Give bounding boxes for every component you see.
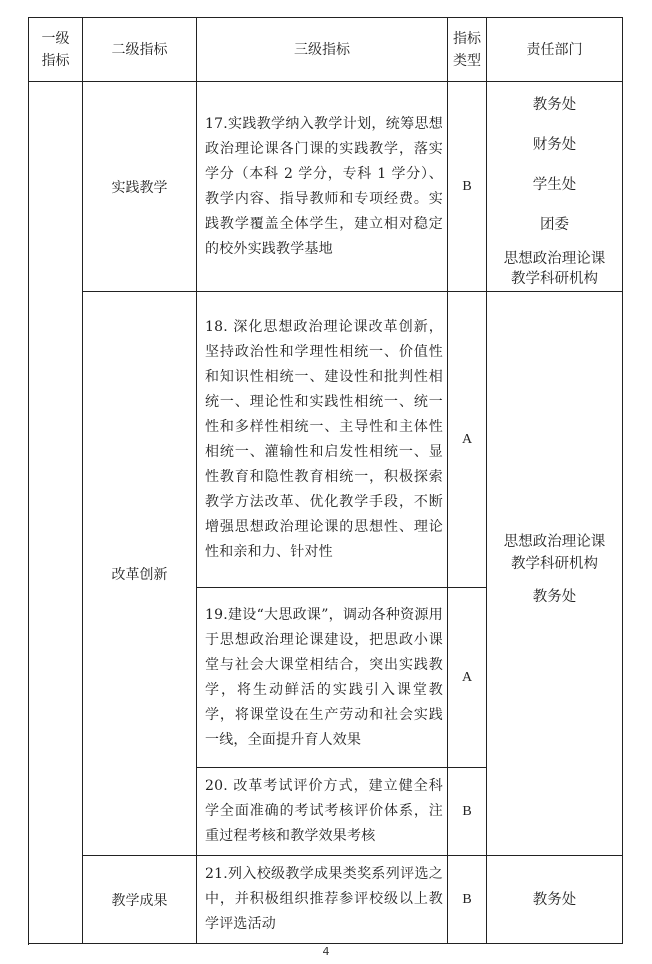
header-type: 指标 类型 (448, 18, 487, 82)
table-row: 改革创新 18. 深化思想政治理论课改革创新，坚持政治性和学理性相统一、价值性和… (29, 292, 623, 588)
level3-cell-21: 21.列入校级教学成果类奖系列评选之中，并积极组织推荐参评校级以上教学评选活动 (197, 856, 448, 944)
header-type-line2: 类型 (448, 50, 486, 72)
type-cell-18: A (448, 292, 487, 588)
dept-item: 团委 (540, 205, 569, 245)
header-level1-line2: 指标 (29, 50, 82, 72)
header-level3: 三级指标 (197, 18, 448, 82)
level3-cell-18: 18. 深化思想政治理论课改革创新，坚持政治性和学理性相统一、价值性和知识性相统… (197, 292, 448, 588)
dept-cell-achievement: 教务处 (487, 856, 623, 944)
type-cell-20: B (448, 768, 487, 856)
table-row: 实践教学 17.实践教学纳入教学计划，统筹思想政治理论课各门课的实践教学，落实学… (29, 82, 623, 292)
dept-cell-practice: 教务处 财务处 学生处 团委 思想政治理论课 教学科研机构 (487, 82, 623, 292)
level3-cell-17: 17.实践教学纳入教学计划，统筹思想政治理论课各门课的实践教学，落实学分（本科 … (197, 82, 448, 292)
level1-cell (29, 82, 83, 944)
indicator-table: 一级 指标 二级指标 三级指标 指标 类型 责任部门 实践教学 17.实践教学纳… (28, 17, 623, 944)
dept-item: 学生处 (533, 165, 577, 205)
dept-item: 教务处 (533, 85, 577, 125)
level3-cell-19: 19.建设“大思政课”，调动各种资源用于思想政治理论课建设，把思政小课堂与社会大… (197, 588, 448, 768)
level2-cell-reform: 改革创新 (83, 292, 197, 856)
type-cell-17: B (448, 82, 487, 292)
dept-item: 教务处 (533, 577, 577, 617)
dept-item: 教学科研机构 (511, 269, 598, 289)
header-level1: 一级 指标 (29, 18, 83, 82)
level2-cell-practice: 实践教学 (83, 82, 197, 292)
header-level1-line1: 一级 (29, 28, 82, 50)
dept-item: 教学科研机构 (511, 553, 598, 575)
header-row: 一级 指标 二级指标 三级指标 指标 类型 责任部门 (29, 18, 623, 82)
page-number: 4 (0, 945, 652, 958)
level2-cell-achievement: 教学成果 (83, 856, 197, 944)
dept-cell-reform: 思想政治理论课 教学科研机构 教务处 (487, 292, 623, 856)
level3-cell-20: 20. 改革考试评价方式，建立健全科学全面准确的考试考核评价体系，注重过程考核和… (197, 768, 448, 856)
header-type-line1: 指标 (448, 28, 486, 50)
header-level2: 二级指标 (83, 18, 197, 82)
type-cell-21: B (448, 856, 487, 944)
table-row: 教学成果 21.列入校级教学成果类奖系列评选之中，并积极组织推荐参评校级以上教学… (29, 856, 623, 944)
dept-item: 教务处 (487, 880, 622, 920)
dept-item: 思想政治理论课 (504, 531, 606, 553)
header-dept: 责任部门 (487, 18, 623, 82)
dept-item: 财务处 (533, 125, 577, 165)
dept-item: 思想政治理论课 (504, 249, 606, 269)
type-cell-19: A (448, 588, 487, 768)
